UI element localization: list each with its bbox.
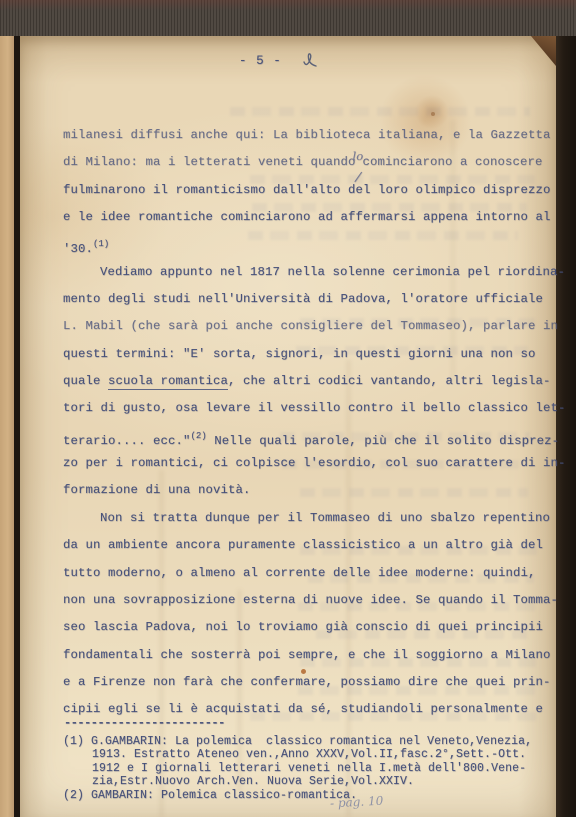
footnote-1-continued: 1912 e I giornali letterari veneti nella… xyxy=(63,762,555,775)
text-line: mento degli studi nell'Università di Pad… xyxy=(63,286,553,313)
footnote-marker: (1) xyxy=(93,239,109,249)
footnote-2: (2) GAMBARIN: Polemica classico-romantic… xyxy=(63,789,555,802)
text-line: e a Firenze non farà che confermare, pos… xyxy=(63,669,553,696)
scanner-background-right xyxy=(556,36,576,817)
text-line: di Milano: ma i letterati veneti quandol… xyxy=(63,149,553,176)
footnote-marker: (2) xyxy=(191,431,207,441)
page-number: - 5 - xyxy=(239,54,282,68)
adjacent-page-edge xyxy=(0,36,14,817)
text-line: milanesi diffusi anche qui: La bibliotec… xyxy=(63,122,553,149)
text-line: e le idee romantiche cominciarono ad aff… xyxy=(63,204,553,231)
footnotes: (1) G.GAMBARIN: La polemica classico rom… xyxy=(63,735,555,802)
handwritten-word: lo xyxy=(352,151,363,162)
footnote-label: (2) xyxy=(63,789,84,802)
text-line: tori di gusto, osa levare il vessillo co… xyxy=(63,395,553,422)
bleed-through-text xyxy=(230,107,530,116)
text-line: Non si tratta dunque per il Tommaseo di … xyxy=(63,505,553,532)
text-line: terario.... ecc."(2) Nelle quali parole,… xyxy=(63,423,553,450)
handwritten-check-mark-icon xyxy=(301,49,321,76)
body-text: milanesi diffusi anche qui: La bibliotec… xyxy=(63,122,553,724)
text-line: da un ambiente ancora puramente classici… xyxy=(63,532,553,559)
underlined-phrase: scuola xyxy=(108,374,153,390)
text-line: L. Mabil (che sarà poi anche consigliere… xyxy=(63,313,553,340)
text-line: fulminarono il romanticismo dall'alto de… xyxy=(63,177,553,204)
footnote-1-continued: zia,Estr.Nuovo Arch.Ven. Nuova Serie,Vol… xyxy=(63,775,555,788)
text-line: questi termini: "E' sorta, signori, in q… xyxy=(63,341,553,368)
text-line: '30.(1) xyxy=(63,231,553,258)
footnote-1-continued: 1913. Estratto Ateneo ven.,Anno XXXV,Vol… xyxy=(63,748,555,761)
footnote-separator: ------------------------ xyxy=(64,716,225,730)
text-line: tutto moderno, o almeno al corrente dell… xyxy=(63,560,553,587)
text-line: quale scuola romantica, che altri codici… xyxy=(63,368,553,395)
footnote-1: (1) G.GAMBARIN: La polemica classico rom… xyxy=(63,735,555,748)
text-line: fondamentali che sosterrà poi sempre, e … xyxy=(63,642,553,669)
text-line: non una sovrapposizione esterna di nuove… xyxy=(63,587,553,614)
text-line: zo per i romantici, ci colpisce l'esordi… xyxy=(63,450,553,477)
text-line: formazione di una novità. xyxy=(63,477,553,504)
scanner-background-top xyxy=(0,0,576,38)
text-line: Vediamo appunto nel 1817 nella solenne c… xyxy=(63,259,553,286)
handwritten-margin-note: - pag. 10 xyxy=(330,794,384,811)
text-line: seo lascia Padova, noi lo troviamo già c… xyxy=(63,614,553,641)
footnote-label: (1) xyxy=(63,735,84,748)
